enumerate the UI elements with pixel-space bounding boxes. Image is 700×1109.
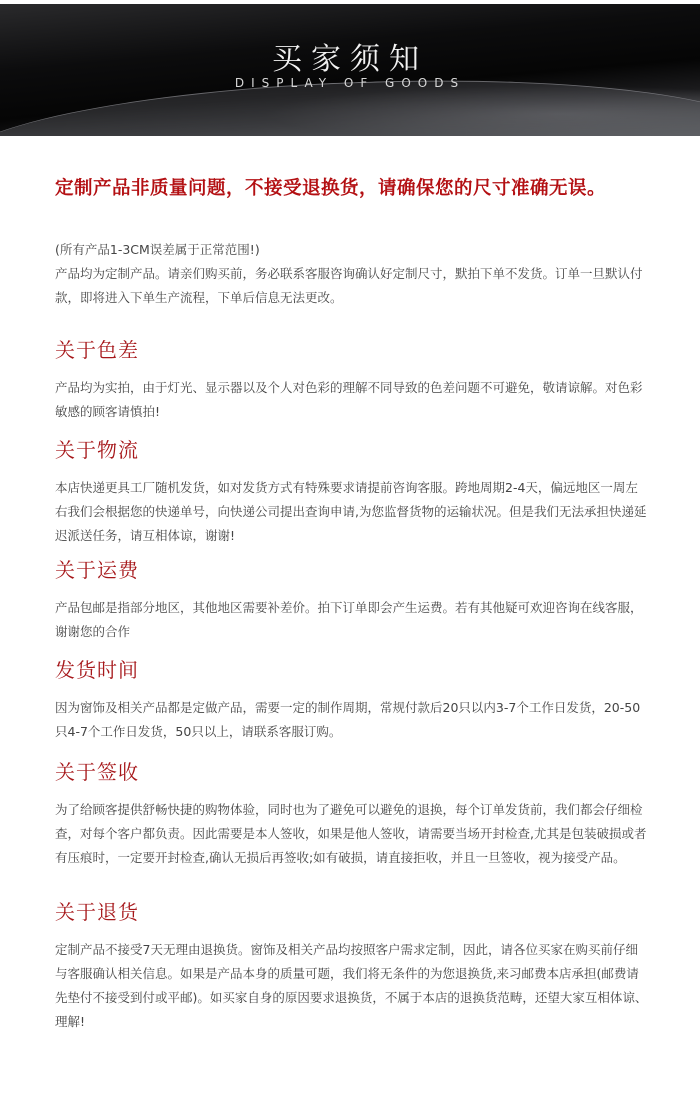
section-body-shipping-fee: 产品包邮是指部分地区，其他地区需要补差价。拍下订单即会产生运费。若有其他疑可欢迎… xyxy=(55,596,650,644)
banner-title: 买家须知 xyxy=(0,34,700,78)
section-title-sign-for: 关于签收 xyxy=(55,756,139,785)
section-body-sign-for: 为了给顾客提供舒畅快捷的购物体验，同时也为了避免可以避免的退换，每个订单发货前，… xyxy=(55,798,650,870)
section-title-logistics: 关于物流 xyxy=(55,434,139,463)
custom-product-notice: 定制产品非质量问题，不接受退换货，请确保您的尺寸准确无误。 xyxy=(55,174,606,200)
banner-subtitle: DISPLAY OF GOODS xyxy=(0,76,700,90)
section-title-returns: 关于退货 xyxy=(55,896,139,925)
section-body-delivery-time: 因为窗饰及相关产品都是定做产品，需要一定的制作周期，常规付款后20只以内3-7个… xyxy=(55,696,650,744)
section-body-logistics: 本店快递更具工厂随机发货，如对发货方式有特殊要求请提前咨询客服。跨地周期2-4天… xyxy=(55,476,650,548)
header-banner: 买家须知 DISPLAY OF GOODS xyxy=(0,4,700,136)
custom-order-note: 产品均为定制产品。请亲们购买前，务必联系客服咨询确认好定制尺寸，默拍下单不发货。… xyxy=(55,262,650,310)
section-title-shipping-fee: 关于运费 xyxy=(55,554,139,583)
section-body-returns: 定制产品不接受7天无理由退换货。窗饰及相关产品均按照客户需求定制，因此，请各位买… xyxy=(55,938,650,1034)
section-body-color-difference: 产品均为实拍，由于灯光、显示器以及个人对色彩的理解不同导致的色差问题不可避免，敬… xyxy=(55,376,650,424)
section-title-delivery-time: 发货时间 xyxy=(55,654,139,683)
intro-text: (所有产品1-3CM误差属于正常范围!) 产品均为定制产品。请亲们购买前，务必联… xyxy=(55,238,650,310)
tolerance-note: (所有产品1-3CM误差属于正常范围!) xyxy=(55,238,650,262)
section-title-color-difference: 关于色差 xyxy=(55,334,139,363)
